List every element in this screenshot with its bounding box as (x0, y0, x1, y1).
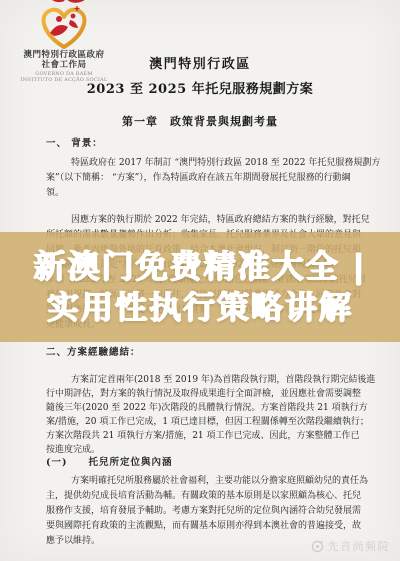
text-line: 特區政府在 2017 年制訂 “澳門特別行政區 2018 至 2022 年托兒服… (46, 156, 360, 171)
document-body: 一、 背景： 特區政府在 2017 年制訂 “澳門特別行政區 2018 至 20… (46, 136, 360, 549)
camera-circle-icon (311, 540, 324, 553)
text-line: 領。 (46, 186, 360, 201)
text-line: 行中期評估，對方案的執行情況及取得成果進行全面評檢，並因應社會需要調整 (46, 387, 360, 401)
text-line: 因應方案的執行期於 2022 年完結，特區政府總結方案的執行經驗，對托兒 (46, 213, 360, 228)
text-line: 主，提供幼兒成長培育活動為輔。有關政策的基本原則是以家照顧為核心、托兒 (46, 489, 360, 504)
text-line: 服務作支援，培育發展予輔助。考慮方案對托兒所的定位與內涵符合幼兒發展需 (46, 504, 360, 519)
paragraph-experience-summary: 方案訂定首兩年(2018 至 2019 年)為首階段執行期，首階段執行期完結後進… (46, 373, 360, 457)
text-line: 隨後三年(2020 至 2022 年)次階段的具體執行情況。方案首階段共 21 … (46, 401, 360, 415)
section-heading-experience-summary: 二、方案經驗總結： (46, 345, 360, 360)
section-heading-background: 一、 背景： (46, 136, 360, 151)
title-block: 澳門特別行政區 2023 至 2025 年托兒服務規劃方案 第一章 政策背景與規… (0, 53, 400, 129)
subsection-heading-positioning: (一) 托兒所定位與內涵 (46, 455, 360, 470)
promo-watermark-band: 新澳门免费精准大全 | 实用性执行策略讲解 (0, 232, 400, 342)
heart-figures-logo-icon (32, 0, 96, 51)
photo-watermark-label: 先音尚频院 (328, 538, 391, 554)
promo-watermark-line2: 实用性执行策略讲解 (47, 287, 353, 328)
text-line: 方案次階段共 21 項執行方案/措施，21 項工作已完成、因此，方案整體工作已 (46, 429, 360, 443)
paragraph-background-1: 特區政府在 2017 年制訂 “澳門特別行政區 2018 至 2022 年托兒服… (46, 156, 360, 201)
promo-watermark-line1: 新澳门免费精准大全 | (34, 246, 367, 287)
chapter-heading: 第一章 政策背景與規劃考量 (0, 113, 400, 129)
text-line: 方案訂定首兩年(2018 至 2019 年)為首階段執行期，首階段執行期完結後進 (46, 373, 360, 387)
text-line: 方案明確托兒所服務屬於社會福利，主要功能以分擔家庭照顧幼兒的責任為 (46, 474, 360, 489)
photo-watermark: 先音尚频院 (311, 538, 391, 554)
document-page: 澳門特別行政區政府 社會工作局 GOVERNO DA RAEM INSTITUT… (0, 0, 400, 561)
text-line: 案/措施，20 項工作已完成，1 項已達目標，但因工程關係轉至次階段繼續執行； (46, 415, 360, 429)
text-line: 要與國際托育政策的主流觀點，而有關基本原則亦得到本澳社會的普遍接受，故 (46, 519, 360, 534)
document-title-line2: 2023 至 2025 年托兒服務規劃方案 (0, 78, 400, 97)
text-line: 案”（以下簡稱： “方案”），作為特區政府在該五年期間發展托兒服務的行動綱 (46, 171, 360, 186)
document-title-line1: 澳門特別行政區 (0, 53, 400, 72)
